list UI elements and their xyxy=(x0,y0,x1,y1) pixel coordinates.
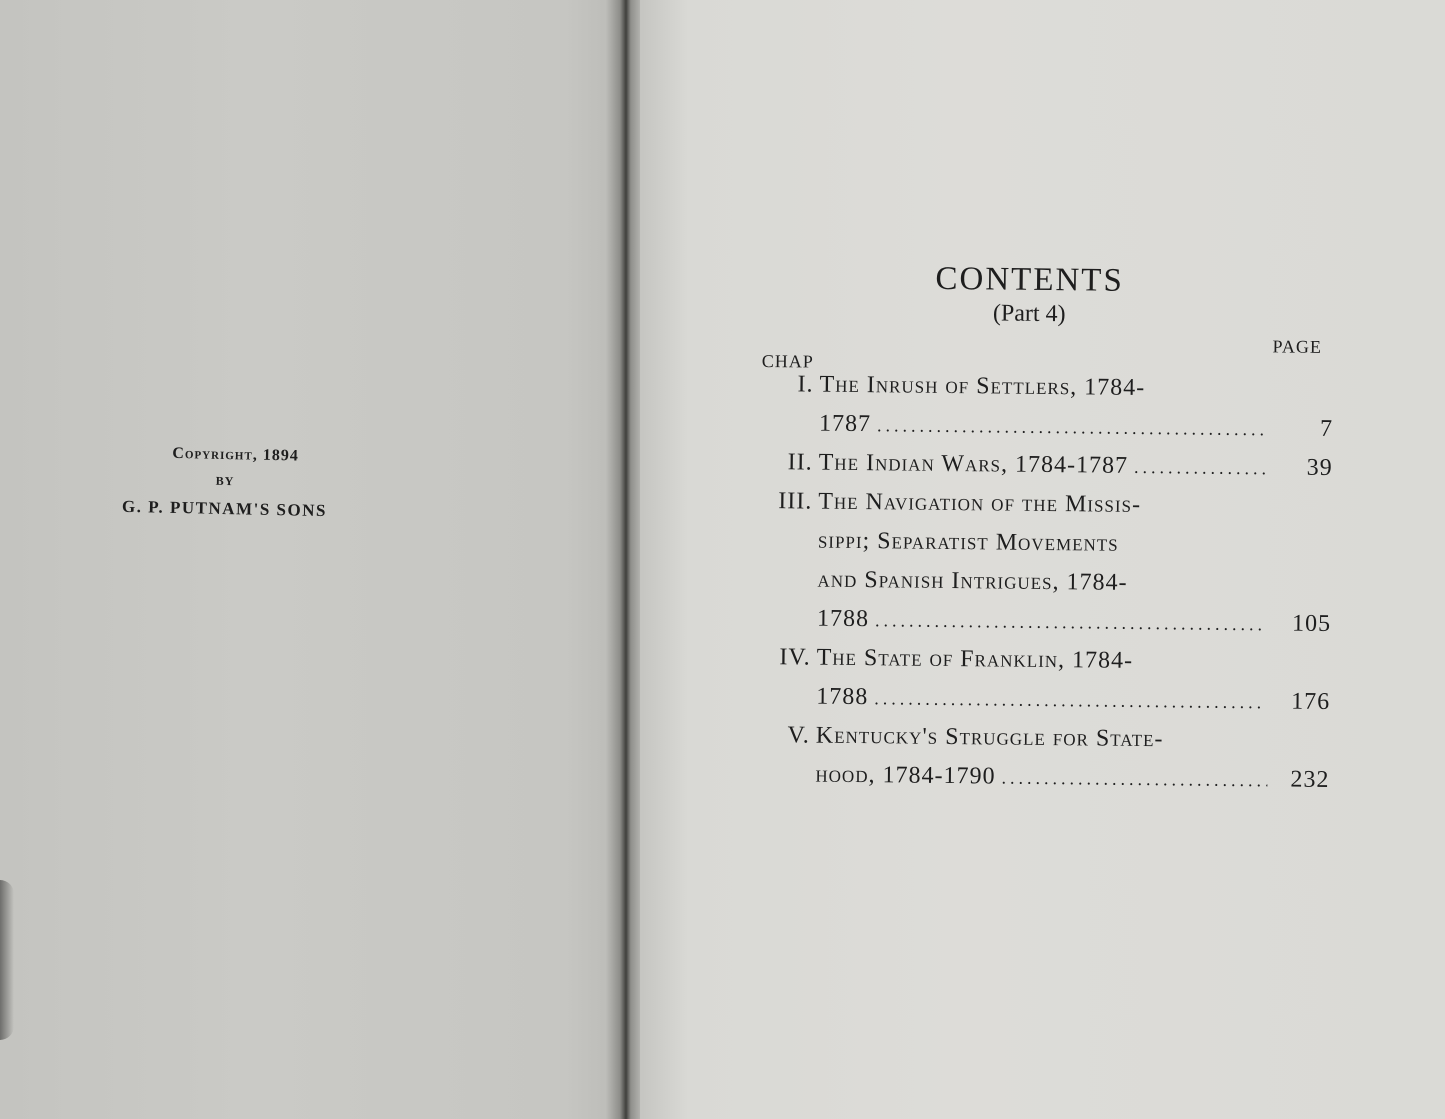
chapter-title-line: 1787 xyxy=(819,411,871,439)
page-number: 176 xyxy=(1274,688,1330,716)
toc-entry: V. Kentucky's Struggle for State- hood, … xyxy=(749,722,1340,806)
copyright-line: Copyright, 1894 xyxy=(110,444,360,467)
page-number: 232 xyxy=(1273,766,1329,794)
dot-leader: ........................................… xyxy=(877,415,1271,440)
contents-subtitle: (Part 4) xyxy=(714,298,1344,332)
dot-leader: ........................................… xyxy=(1134,457,1271,479)
chapter-title-line: hood, 1784-1790 xyxy=(815,762,995,791)
chapter-title-line: The Navigation of the Missis- xyxy=(818,489,1141,519)
chapter-title-line: 1788 xyxy=(816,684,868,712)
toc-entry: II. The Indian Wars, 1784-1787 .........… xyxy=(752,449,1342,494)
dot-leader: ........................................… xyxy=(875,610,1269,635)
by-line: BY xyxy=(90,471,360,492)
chapter-title-line: The Indian Wars, 1784-1787 xyxy=(819,450,1129,480)
chapter-title-line: 1788 xyxy=(817,606,869,634)
chapter-title-line: sippi; Separatist Movements xyxy=(818,528,1119,558)
chap-header: CHAP xyxy=(762,351,814,373)
chapter-title-line: The State of Franklin, 1784- xyxy=(817,645,1134,675)
chapter-title-line: The Inrush of Settlers, 1784- xyxy=(819,372,1145,402)
page-number: 7 xyxy=(1277,415,1333,443)
contents-title: CONTENTS xyxy=(714,259,1344,303)
page-number: 39 xyxy=(1277,454,1333,482)
dot-leader: ........................................… xyxy=(874,688,1268,713)
page-number: 105 xyxy=(1275,610,1331,638)
toc-entry: IV. The State of Franklin, 1784- 1788 ..… xyxy=(750,644,1341,728)
toc-entry: I. The Inrush of Settlers, 1784- 1787 ..… xyxy=(753,371,1344,455)
chapter-numeral: IV. xyxy=(751,644,811,672)
chapter-title-line: Kentucky's Struggle for State- xyxy=(816,723,1164,754)
chapter-numeral: V. xyxy=(750,722,810,750)
left-page: Copyright, 1894 BY G. P. PUTNAM'S SONS xyxy=(0,0,628,1119)
chapter-numeral: II. xyxy=(753,449,813,477)
chapter-numeral: III. xyxy=(752,488,812,516)
table-of-contents: CONTENTS (Part 4) CHAP PAGE I. The Inrus… xyxy=(749,259,1345,806)
dot-leader: ........................................… xyxy=(1001,768,1267,792)
copyright-block: Copyright, 1894 BY G. P. PUTNAM'S SONS xyxy=(89,443,360,522)
chapter-title-line: and Spanish Intrigues, 1784- xyxy=(817,567,1127,597)
toc-entry: III. The Navigation of the Missis- sippi… xyxy=(751,488,1343,650)
publisher-line: G. P. PUTNAM'S SONS xyxy=(89,496,359,522)
column-headers: CHAP PAGE xyxy=(754,329,1344,377)
page-header: PAGE xyxy=(1272,336,1322,358)
book-spread: Copyright, 1894 BY G. P. PUTNAM'S SONS C… xyxy=(0,0,1445,1119)
thumb-shadow xyxy=(0,880,14,1040)
chapter-numeral: I. xyxy=(753,371,813,399)
